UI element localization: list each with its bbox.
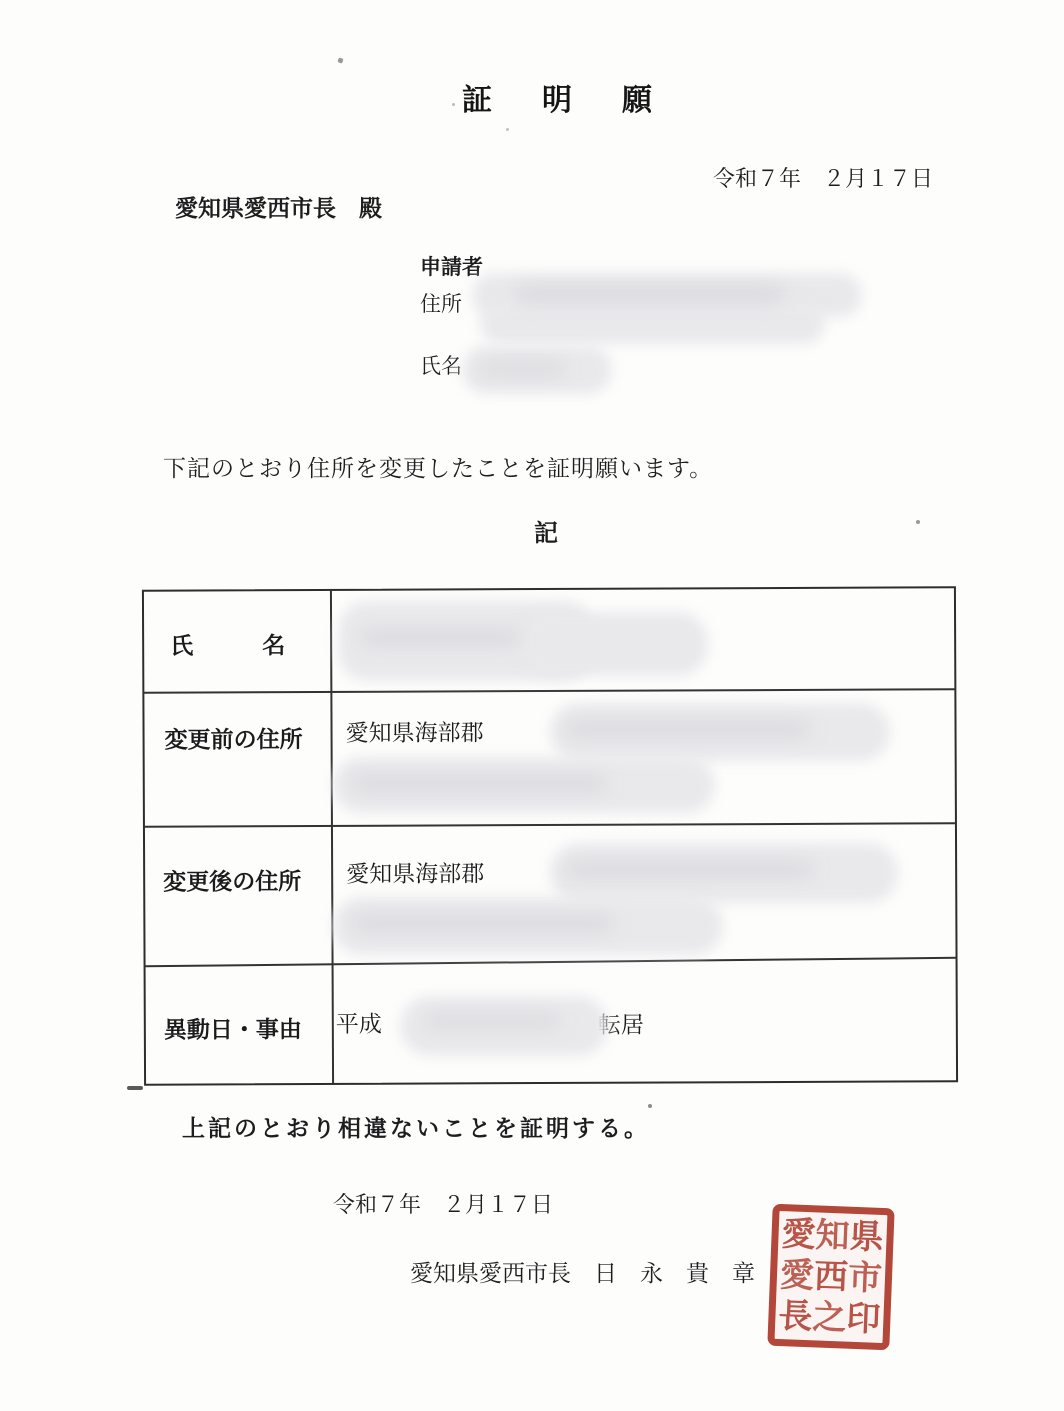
redaction-ghost: [352, 916, 614, 931]
redaction-ghost: [565, 862, 813, 877]
table-row-divider: [143, 688, 955, 694]
request-text: 下記のとおり住所を変更したことを証明願います。: [163, 450, 713, 483]
redaction-blur-name-row-2: [520, 612, 708, 676]
mayor-name: 日 永 貴 章: [594, 1261, 755, 1287]
mayor-official-seal: 愛 知 県 愛 西 市 長 之 印: [767, 1204, 894, 1351]
record-marker: 記: [534, 513, 558, 548]
row-label-move-date-reason: 異動日・事由: [164, 1011, 302, 1045]
seal-character: 県: [849, 1217, 885, 1259]
scan-speck: [337, 57, 343, 63]
scan-speck: [506, 128, 509, 131]
seal-character: 愛: [779, 1255, 815, 1297]
redaction-ghost: [565, 722, 810, 737]
redaction-ghost: [515, 286, 785, 302]
table-row-divider: [144, 822, 956, 828]
scan-speck: [648, 1104, 652, 1108]
scan-speck: [452, 103, 455, 106]
row-value-previous-address-prefix: 愛知県海部郡: [345, 714, 483, 748]
mayor-title: 愛知県愛西市長: [410, 1261, 571, 1287]
row-label-new-address: 変更後の住所: [163, 863, 301, 897]
row-value-new-address-prefix: 愛知県海部郡: [346, 855, 484, 889]
applicant-address-label: 住所: [420, 288, 462, 318]
scanned-document-page: 証 明 願 令和７年 ２月１７日 愛知県愛西市長 殿 申請者 住所 氏名 下記の…: [0, 0, 1064, 1411]
addressee-line: 愛知県愛西市長 殿: [175, 190, 382, 223]
certification-date: 令和７年 ２月１７日: [333, 1188, 553, 1219]
seal-character: 西: [813, 1256, 849, 1298]
document-title: 証 明 願: [462, 75, 662, 119]
table-row-divider: [145, 957, 957, 968]
redaction-ghost: [352, 776, 607, 791]
seal-character: 之: [812, 1297, 848, 1339]
certification-text: 上記のとおり相違ないことを証明する。: [182, 1110, 650, 1143]
scan-speck: [916, 520, 920, 524]
scan-smudge: [127, 1086, 143, 1090]
seal-character: 印: [846, 1298, 882, 1340]
row-label-previous-address: 変更前の住所: [164, 721, 302, 755]
seal-character: 愛: [781, 1214, 817, 1256]
redaction-ghost: [425, 1015, 560, 1028]
mayor-signature-line: 愛知県愛西市長日 永 貴 章: [410, 1255, 755, 1288]
applicant-name-label: 氏名: [420, 350, 462, 380]
table-column-divider: [330, 591, 334, 1083]
row-label-name: 氏 名: [170, 627, 285, 661]
row-value-era-prefix: 平成: [336, 1006, 382, 1039]
redaction-ghost: [360, 630, 520, 645]
redaction-blur-applicant-address-2: [480, 302, 825, 344]
request-date: 令和７年 ２月１７日: [713, 162, 933, 193]
seal-character: 市: [847, 1257, 883, 1299]
seal-character: 知: [815, 1215, 851, 1257]
redaction-ghost: [480, 362, 565, 375]
seal-character: 長: [778, 1295, 814, 1337]
applicant-heading: 申請者: [420, 251, 483, 281]
